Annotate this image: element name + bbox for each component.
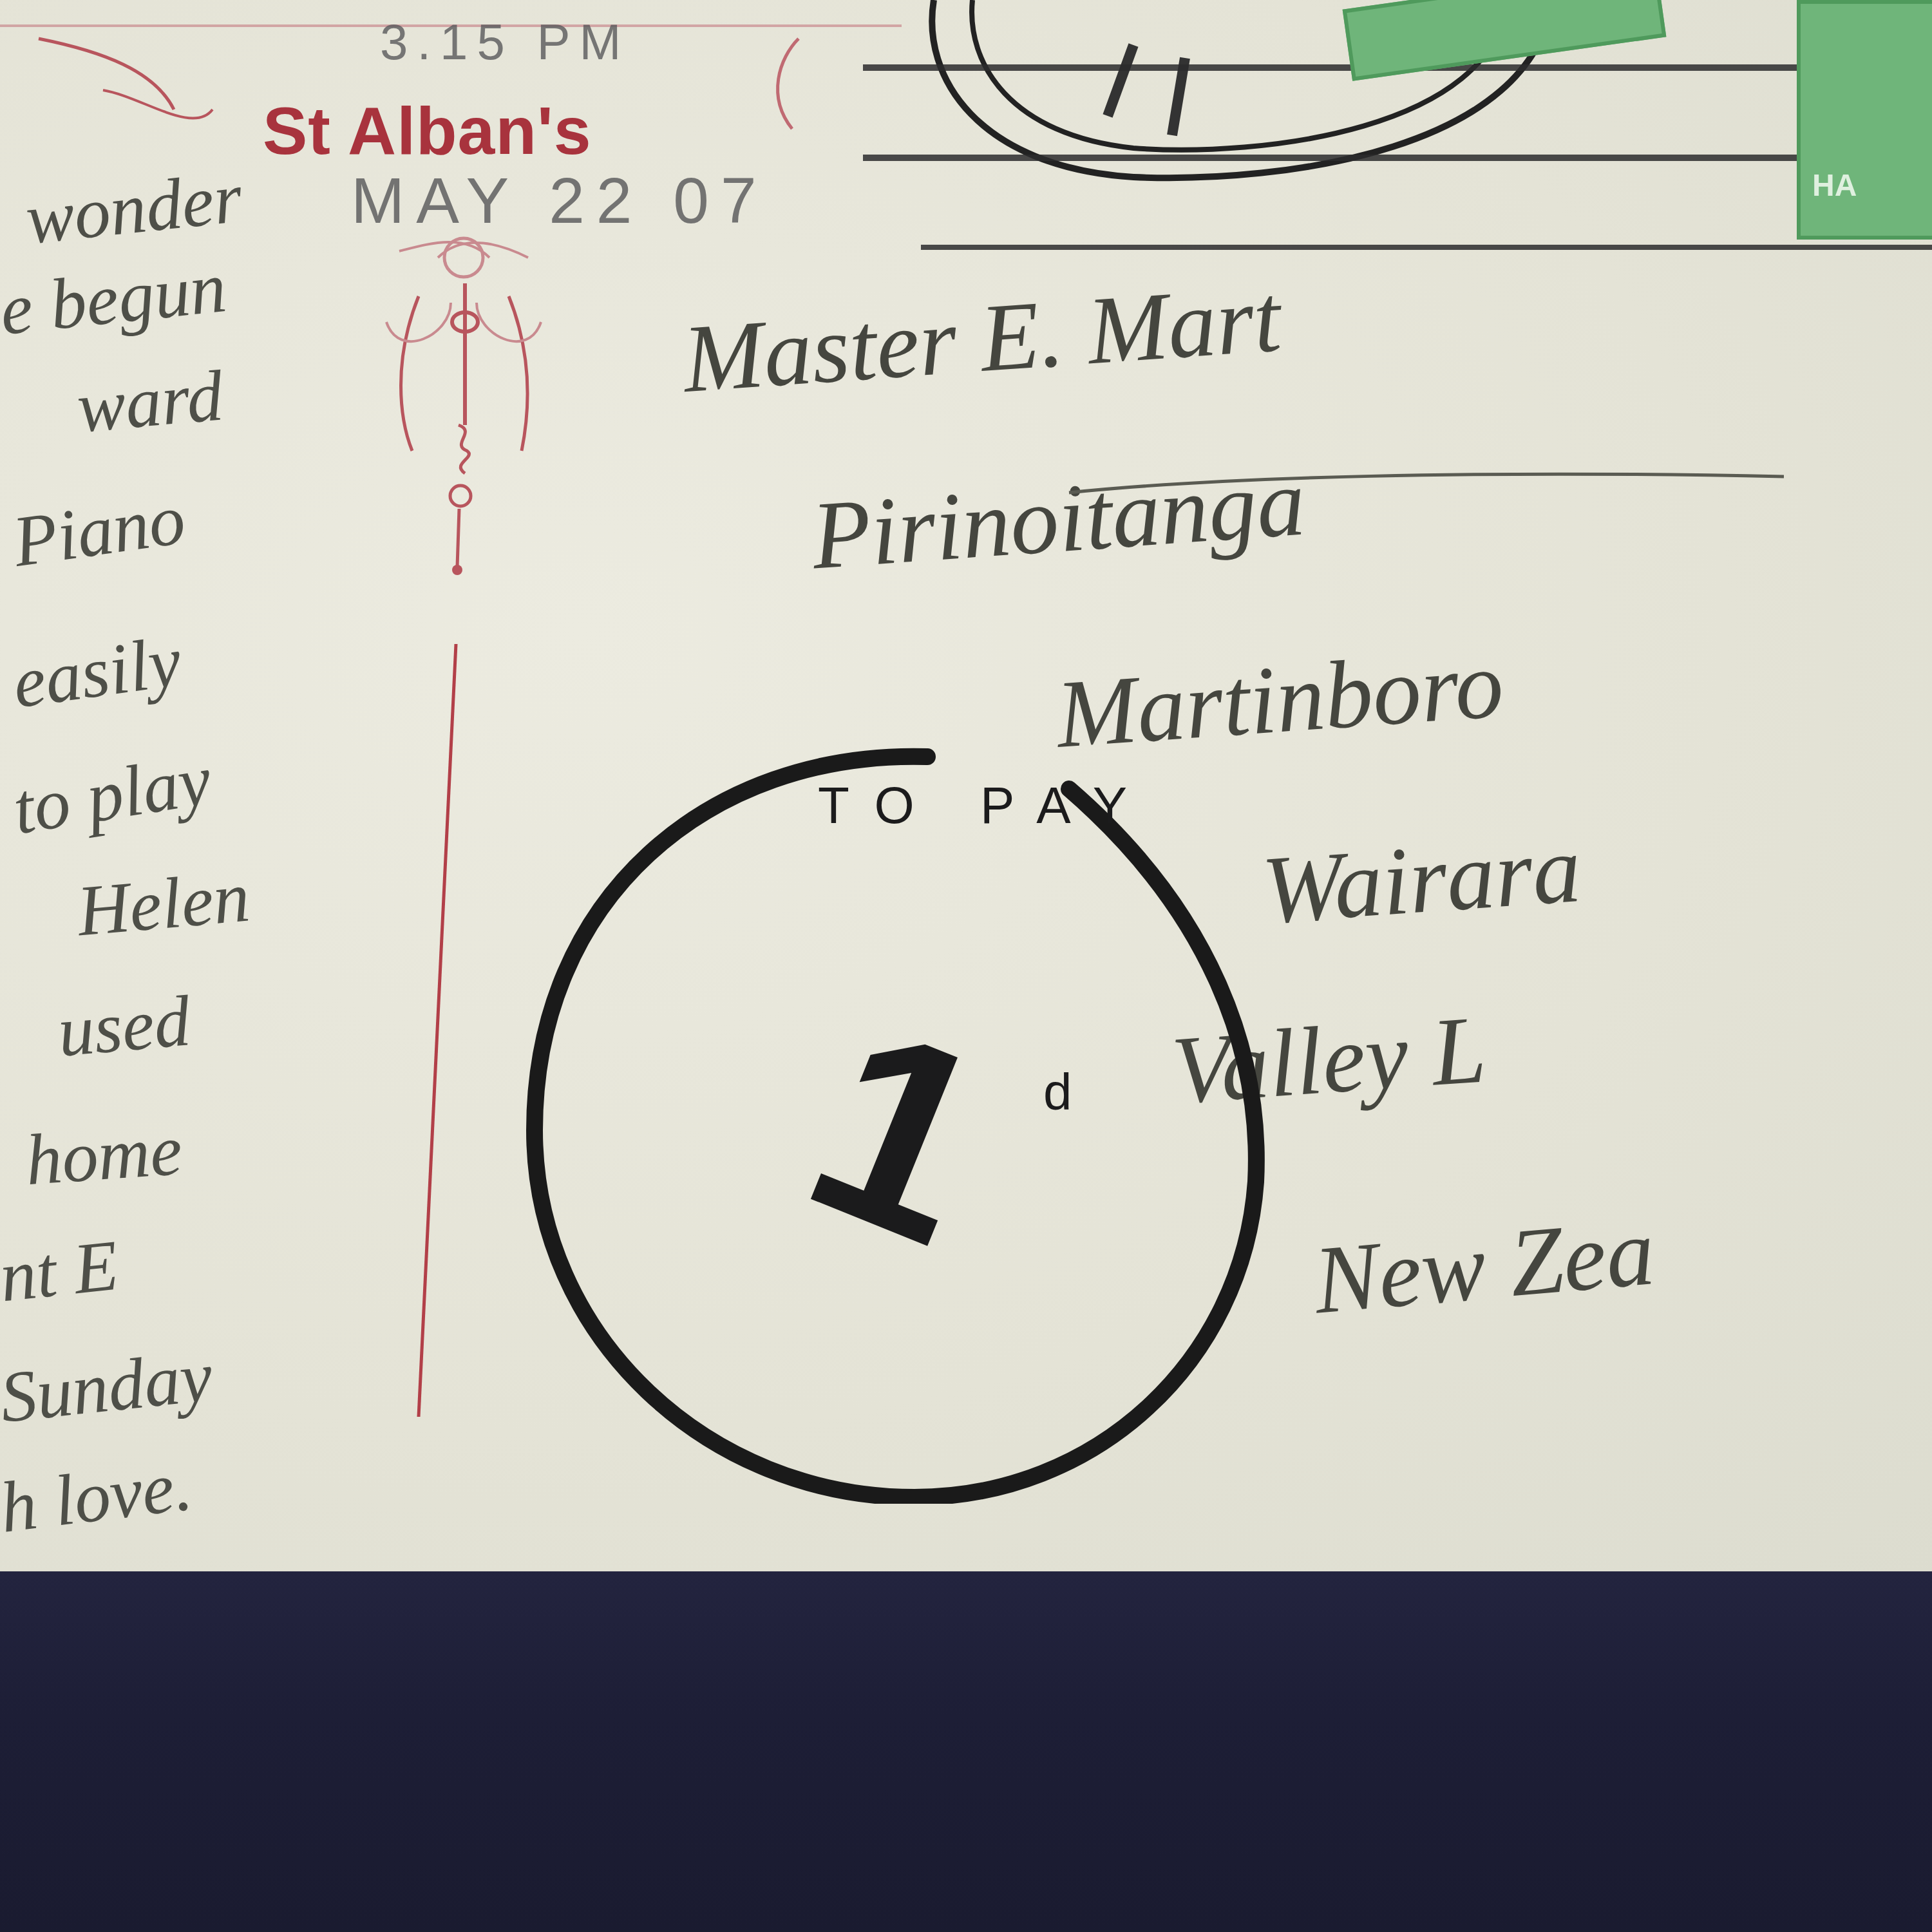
navy-cloth-background [0, 1571, 1932, 1932]
postage-due-label: TO PAY [818, 776, 1153, 835]
postcard: St Alban's 3.15 PM MAY 22 07 HA wonder e… [0, 0, 1932, 1578]
postage-due-unit: d [1043, 1063, 1072, 1122]
